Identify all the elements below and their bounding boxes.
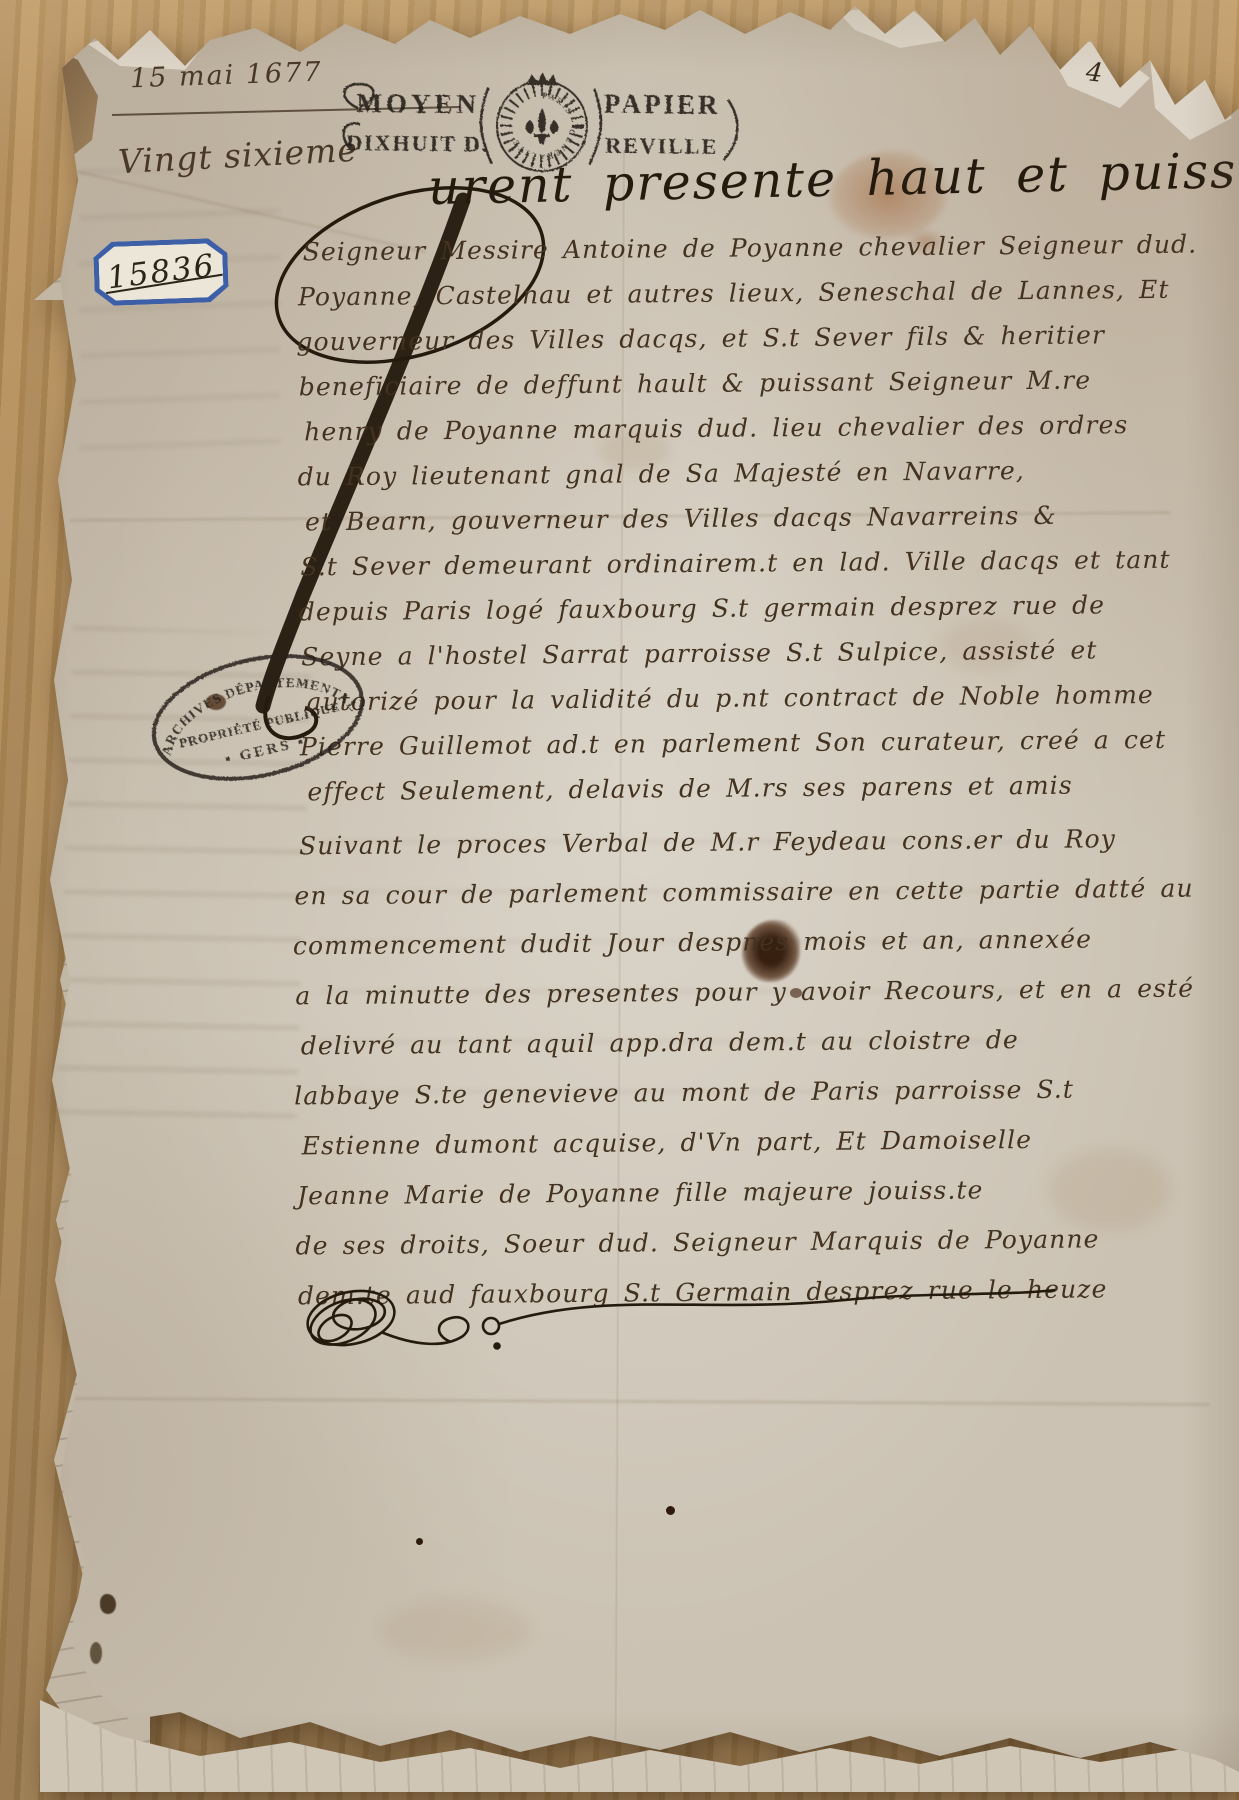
stamp-text-right-top: PAPIER <box>604 89 721 120</box>
manuscript-line: du Roy lieutenant gnal de Sa Majesté en … <box>297 448 1079 500</box>
foxing-spot <box>380 1600 530 1660</box>
manuscript-line: commencement dudit Jour despnes mois et … <box>293 915 1075 972</box>
manuscript-line: Poyanne, Castelnau et autres lieux, Sene… <box>298 268 1078 320</box>
manuscript-line: effect Seulement, delavis de M.rs ses pa… <box>307 763 1082 815</box>
small-ink-dot <box>666 1506 675 1515</box>
manuscript-body-lower: Suivant le proces Verbal de M.r Feydeau … <box>294 815 1078 1322</box>
paper-bundle: 15 mai 1677 Vingt sixieme 4 15836 <box>0 0 1239 1800</box>
manuscript-line: depuis Paris logé fauxbourg S.t germain … <box>299 583 1081 635</box>
torn-corner-flap <box>1148 56 1238 142</box>
manuscript-line: en sa cour de parlement commissaire en c… <box>294 865 1074 922</box>
worm-hole <box>100 1594 116 1614</box>
manuscript-body-upper: Seigneur Messire Antoine de Poyanne chev… <box>297 223 1082 815</box>
manuscript-line: delivré au tant aquil app.dra dem.t au c… <box>301 1015 1076 1072</box>
manuscript-line: S.t Sever demeurant ordinairem.t en lad.… <box>300 538 1080 590</box>
inventory-label: 15836 <box>93 238 229 307</box>
closing-flourish-scribble <box>285 1262 1075 1372</box>
manuscript-line: Suivant le proces Verbal de M.r Feydeau … <box>299 815 1074 872</box>
photograph-of-manuscript: 15 mai 1677 Vingt sixieme 4 15836 <box>0 0 1239 1800</box>
stamp-text-left-top: MOYEN <box>356 88 480 119</box>
fleur-de-lis-icon <box>525 108 558 144</box>
manuscript-line: henry de Poyanne marquis dud. lieu cheva… <box>304 403 1079 455</box>
inventory-label-face: 15836 <box>98 243 224 301</box>
small-ink-dot <box>416 1538 423 1545</box>
manuscript-line: Seyne a l'hostel Sarrat parroisse S.t Su… <box>301 628 1081 680</box>
manuscript-line: Seigneur Messire Antoine de Poyanne chev… <box>302 223 1077 275</box>
curled-paper-edge <box>0 36 104 176</box>
date-annotation: 15 mai 1677 <box>130 57 324 95</box>
folio-number: 4 <box>1084 57 1104 89</box>
manuscript-line: beneficiaire de deffunt hault & puissant… <box>299 358 1079 410</box>
manuscript-line: Estienne dumont acquise, d'Vn part, Et D… <box>301 1115 1076 1172</box>
manuscript-line: Pierre Guillemot ad.t en parlement Son c… <box>300 718 1082 770</box>
manuscript-line: a la minutte des presentes pour y avoir … <box>295 965 1075 1022</box>
torn-edge-flap <box>838 4 950 50</box>
manuscript-line: autorizé pour la validité du p.nt contra… <box>306 673 1081 725</box>
manuscript-line: gouverneur des Villes dacqs, et S.t Seve… <box>296 313 1078 365</box>
horizontal-crease <box>60 1397 1210 1406</box>
manuscript-line: et Bearn, gouverneur des Villes dacqs Na… <box>305 493 1080 545</box>
manuscript-line: Jeanne Marie de Poyanne fille majeure jo… <box>297 1165 1077 1222</box>
worm-hole <box>90 1642 102 1664</box>
archive-stamp-bottom-text: ▪ GERS ▪ <box>223 733 307 767</box>
manuscript-front-page: 15 mai 1677 Vingt sixieme 4 15836 <box>0 0 1239 1800</box>
manuscript-line: labbaye S.te genevieve au mont de Paris … <box>294 1065 1076 1122</box>
